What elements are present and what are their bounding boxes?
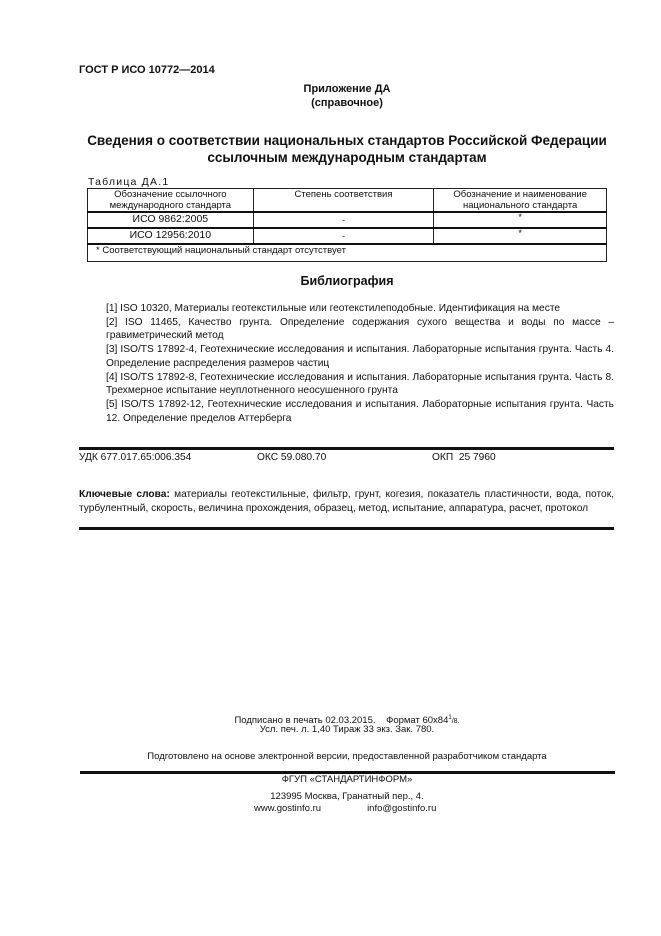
column-header-international-standard: Обозначение ссылочного международного ст… xyxy=(88,189,254,213)
bibliography-item: [2] ISO 11465, Качество грунта. Определе… xyxy=(106,316,614,343)
bibliography-item: [5] ISO/TS 17892-12, Геотехнические иссл… xyxy=(106,398,614,425)
bibliography-item: [1] ISO 10320, Материалы геотекстильные … xyxy=(106,302,614,316)
bibliography-item: [3] ISO/TS 17892-4, Геотехнические иссле… xyxy=(106,343,614,370)
document-code: ГОСТ Р ИСО 10772—2014 xyxy=(79,64,215,76)
divider-rule xyxy=(79,447,614,450)
imprint-line-2: Усл. печ. л. 1,40 Тираж 33 экз. Зак. 780… xyxy=(0,724,661,736)
column-header-national-standard: Обозначение и наименование национального… xyxy=(434,189,607,213)
prepared-note: Подготовлено на основе электронной верси… xyxy=(0,751,661,762)
oks-code: ОКС 59.080.70 xyxy=(257,452,326,463)
correspondence-table: Обозначение ссылочного международного ст… xyxy=(87,188,607,262)
keywords-label: Ключевые слова: xyxy=(79,489,170,500)
table-row: ИСО 9862:2005 - * xyxy=(88,212,607,228)
table-row: ИСО 12956:2010 - * xyxy=(88,228,607,244)
publisher-email-link[interactable]: info@gostinfo.ru xyxy=(367,803,436,814)
udk-code: УДК 677.017.65:006.354 xyxy=(79,452,191,463)
header-line: международного стандарта xyxy=(90,200,251,211)
header-line: Степень соответствия xyxy=(256,189,432,200)
keywords-block: Ключевые слова: материалы геотекстильные… xyxy=(79,488,614,515)
section-title-line-2: ссылочным международным стандартам xyxy=(70,149,624,166)
table-footnote-row: * Соответствующий национальный стандарт … xyxy=(88,244,607,262)
table-footnote: * Соответствующий национальный стандарт … xyxy=(88,244,607,262)
header-line: Обозначение ссылочного xyxy=(90,189,251,200)
section-title-line-1: Сведения о соответствии национальных ста… xyxy=(70,132,624,149)
bibliography-item: [4] ISO/TS 17892-8, Геотехнические иссле… xyxy=(106,371,614,398)
publisher-address: 123995 Москва, Гранатный пер., 4. xyxy=(0,791,661,802)
publisher-contacts: www.gostinfo.ruinfo@gostinfo.ru xyxy=(254,803,436,814)
divider-rule xyxy=(79,527,614,530)
header-line: Обозначение и наименование xyxy=(436,189,604,200)
appendix-subtitle: (справочное) xyxy=(0,96,661,110)
cell-national-standard: * xyxy=(434,228,607,244)
table-header-row: Обозначение ссылочного международного ст… xyxy=(88,189,607,213)
okp-code: ОКП 25 7960 xyxy=(432,452,496,463)
cell-international-standard: ИСО 9862:2005 xyxy=(88,212,254,228)
cell-degree: - xyxy=(253,212,434,228)
appendix-title: Приложение ДА xyxy=(0,82,661,96)
header-line: национального стандарта xyxy=(436,200,604,211)
cell-national-standard: * xyxy=(434,212,607,228)
bibliography-title: Библиография xyxy=(0,274,661,288)
cell-international-standard: ИСО 12956:2010 xyxy=(88,228,254,244)
publisher-website-link[interactable]: www.gostinfo.ru xyxy=(254,803,321,814)
section-title: Сведения о соответствии национальных ста… xyxy=(70,132,624,166)
publisher-name: ФГУП «СТАНДАРТИНФОРМ» xyxy=(0,774,661,785)
bibliography-list: [1] ISO 10320, Материалы геотекстильные … xyxy=(106,302,614,425)
cell-degree: - xyxy=(253,228,434,244)
table-caption: Таблица ДА.1 xyxy=(88,176,169,188)
column-header-degree: Степень соответствия xyxy=(253,189,434,213)
